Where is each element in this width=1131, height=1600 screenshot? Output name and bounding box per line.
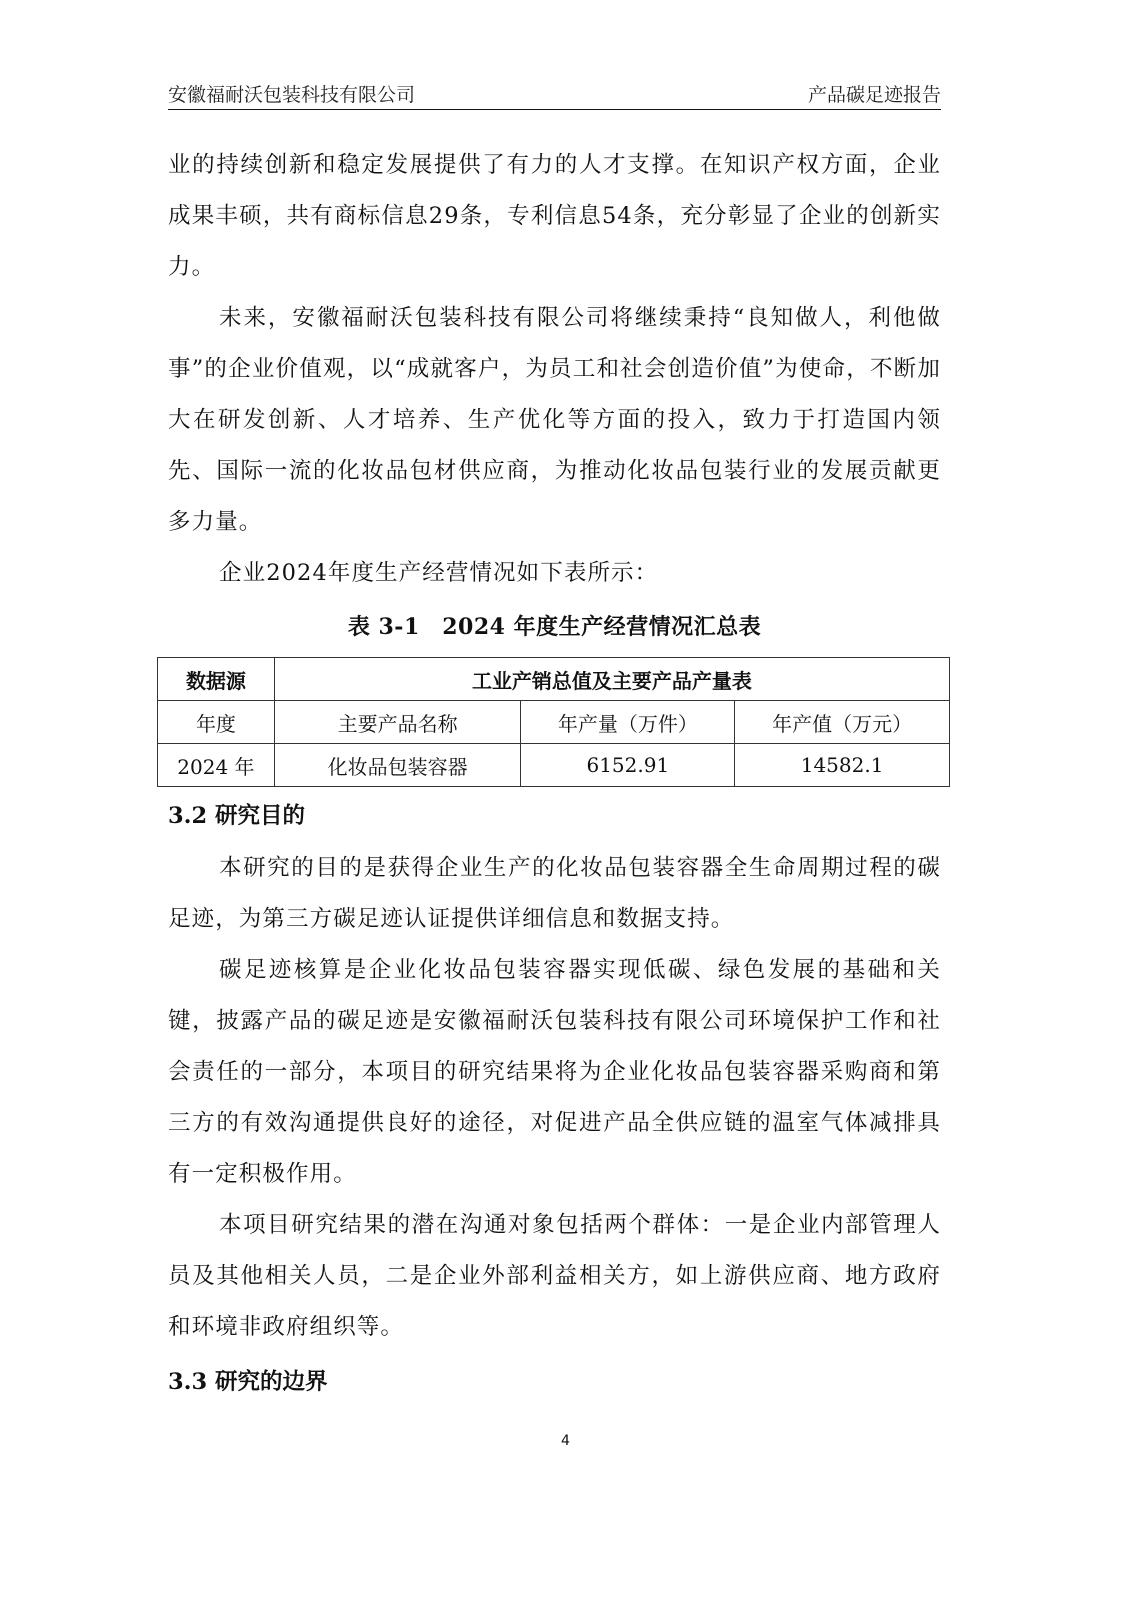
section-heading-3-2: 3.2 研究目的 (168, 789, 941, 843)
table-cell: 2024 年 (158, 744, 275, 787)
page-content: 业的持续创新和稳定发展提供了有力的人才支撑。在知识产权方面，企业成果丰硕，共有商… (168, 140, 941, 1409)
paragraph-purpose: 本研究的目的是获得企业生产的化妆品包装容器全生命周期过程的碳足迹，为第三方碳足迹… (168, 843, 941, 945)
paragraph-carbon-accounting: 碳足迹核算是企业化妆品包装容器实现低碳、绿色发展的基础和关键，披露产品的碳足迹是… (168, 945, 941, 1200)
table-caption: 表 3-1 2024 年度生产经营情况汇总表 (168, 607, 941, 647)
column-header: 年度 (158, 701, 275, 744)
paragraph-table-intro: 企业2024年度生产经营情况如下表所示： (168, 548, 941, 599)
table-row: 2024 年 化妆品包装容器 6152.91 14582.1 (158, 744, 950, 787)
table-header-row: 数据源 工业产销总值及主要产品产量表 (158, 658, 950, 701)
paragraph-future: 未来，安徽福耐沃包装科技有限公司将继续秉持“良知做人，利他做事”的企业价值观，以… (168, 293, 941, 548)
page-number: 4 (0, 1433, 1131, 1449)
table-cell: 6152.91 (521, 744, 735, 787)
header-report-title: 产品碳足迹报告 (808, 80, 941, 107)
column-header: 年产量（万件） (521, 701, 735, 744)
header-company: 安徽福耐沃包装科技有限公司 (168, 80, 415, 107)
column-header: 年产值（万元） (735, 701, 950, 744)
section-heading-3-3: 3.3 研究的边界 (168, 1355, 941, 1409)
header-cell-source: 数据源 (158, 658, 275, 701)
table-cell: 14582.1 (735, 744, 950, 787)
column-header: 主要产品名称 (274, 701, 521, 744)
header-cell-table-name: 工业产销总值及主要产品产量表 (274, 658, 949, 701)
paragraph-ip: 业的持续创新和稳定发展提供了有力的人才支撑。在知识产权方面，企业成果丰硕，共有商… (168, 140, 941, 293)
header-rule (168, 109, 941, 110)
table-cell: 化妆品包装容器 (274, 744, 521, 787)
page-header: 安徽福耐沃包装科技有限公司 产品碳足迹报告 (168, 80, 941, 110)
paragraph-audience: 本项目研究结果的潜在沟通对象包括两个群体：一是企业内部管理人员及其他相关人员，二… (168, 1200, 941, 1353)
production-summary-table: 数据源 工业产销总值及主要产品产量表 年度 主要产品名称 年产量（万件） 年产值… (157, 657, 950, 787)
table-column-header-row: 年度 主要产品名称 年产量（万件） 年产值（万元） (158, 701, 950, 744)
